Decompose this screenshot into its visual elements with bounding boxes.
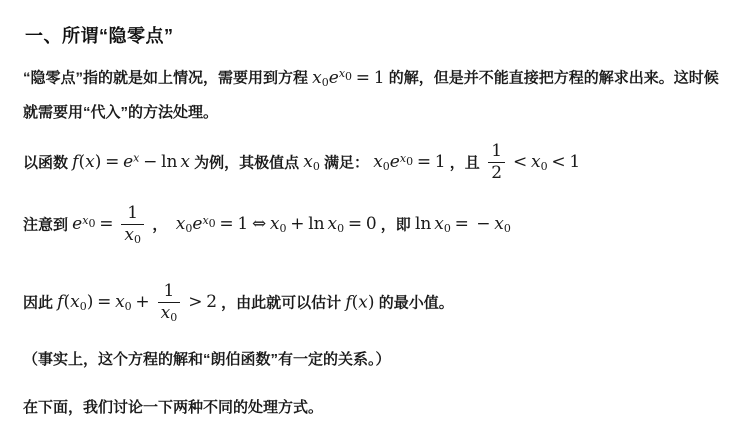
math-token: =	[216, 214, 238, 234]
math-token: x0	[82, 214, 95, 227]
math-token: =	[451, 214, 473, 234]
math-token: x	[303, 152, 313, 172]
math-token: 1	[164, 281, 175, 301]
math-token: 1	[237, 214, 248, 234]
math-token: 0	[322, 75, 329, 88]
math-token: x	[270, 214, 280, 234]
math-token: ⇔	[248, 214, 270, 234]
math-token: 1	[127, 203, 138, 223]
para-intro: “隐零点”指的就是如上情况，需要用到方程 x0ex0=1 的解，但是并不能直接把…	[23, 58, 723, 128]
math-token: x	[115, 292, 125, 312]
math-token: =	[93, 292, 115, 312]
math-token: 0	[345, 70, 352, 83]
math-run: lnx0=−x0	[415, 214, 511, 234]
math-token: 1	[569, 152, 580, 172]
math-token: x	[124, 225, 134, 245]
page-title: 一、所谓“隐零点”	[25, 22, 174, 48]
math-token: x	[358, 292, 368, 312]
math-token: e	[329, 68, 339, 88]
math-token: x	[85, 152, 95, 172]
math-token: x0	[158, 302, 181, 325]
text-run: “隐零点”指的就是如上情况，需要用到方程	[23, 70, 312, 87]
math-token: =	[344, 214, 366, 234]
math-token: ln	[415, 214, 434, 234]
math-run: 12<x0<1	[484, 152, 580, 172]
math-token: 0	[280, 222, 287, 235]
text-run: ，即	[377, 216, 415, 233]
text-run: ，	[148, 216, 176, 233]
math-token: =	[413, 152, 435, 172]
para-example: 以函数 f(x)=ex−lnx 为例，其极值点 x0 满足： x0ex0=1 ，…	[23, 141, 723, 185]
math-token: 1	[374, 68, 385, 88]
math-run: x0ex0=1⇔x0+lnx0=0	[176, 214, 377, 234]
math-token: 1	[491, 141, 502, 161]
math-token: 0	[541, 160, 548, 173]
math-run: f(x0)=x0+1x0>2	[57, 292, 217, 312]
math-token: 2	[206, 292, 217, 312]
math-token: ln	[308, 214, 327, 234]
math-token: =	[101, 152, 123, 172]
math-token: x0	[202, 214, 215, 227]
math-token: )	[368, 292, 375, 312]
text-run: ，且	[446, 154, 484, 171]
text-run: 的最小值。	[375, 294, 454, 311]
math-run: x0	[303, 152, 320, 172]
math-token: x	[373, 152, 383, 172]
fraction: 12	[488, 141, 505, 185]
text-run: ，由此就可以估计	[217, 294, 345, 311]
math-token: 0	[134, 233, 141, 246]
fraction: 1x0	[121, 203, 144, 247]
math-token: −	[139, 152, 161, 172]
math-token: 0	[209, 217, 216, 230]
text-run: 为例，其极值点	[190, 154, 303, 171]
math-token: 1	[124, 203, 141, 224]
math-token: 0	[125, 300, 132, 313]
article-page: 一、所谓“隐零点” “隐零点”指的就是如上情况，需要用到方程 x0ex0=1 的…	[0, 0, 734, 444]
math-token: x	[494, 214, 504, 234]
para-next: 在下面，我们讨论一下两种不同的处理方式。	[23, 392, 723, 423]
math-token: 0	[541, 160, 548, 173]
math-token: 1	[488, 141, 505, 162]
math-token: x	[312, 68, 322, 88]
math-token: −	[473, 214, 495, 234]
math-token: 0	[80, 300, 87, 313]
math-token: 0	[313, 160, 320, 173]
text-run: 在下面，我们讨论一下两种不同的处理方式。	[23, 399, 323, 416]
math-token: x	[161, 303, 171, 323]
math-token: 0	[313, 160, 320, 173]
math-token: 0	[280, 222, 287, 235]
math-token: 0	[134, 233, 141, 246]
math-run: ex0=1x0	[72, 214, 148, 234]
math-run: x0ex0=1	[373, 152, 445, 172]
math-token: +	[132, 292, 154, 312]
para-note: 注意到 ex0=1x0 ， x0ex0=1⇔x0+lnx0=0 ，即 lnx0=…	[23, 203, 723, 247]
math-token: x	[180, 152, 190, 172]
math-token: +	[287, 214, 309, 234]
text-run: 以函数	[23, 154, 72, 171]
fraction: 1x0	[158, 281, 181, 325]
math-run: f(x)	[345, 292, 374, 312]
math-token: =	[352, 68, 374, 88]
math-token: 1	[435, 152, 446, 172]
math-token: 0	[383, 160, 390, 173]
math-token: <	[548, 152, 570, 172]
math-token: 0	[170, 311, 177, 324]
math-token: e	[192, 214, 202, 234]
math-token: x	[328, 214, 338, 234]
text-run: 满足：	[320, 154, 373, 171]
math-token: 0	[504, 222, 511, 235]
math-token: 0	[345, 70, 352, 83]
math-run: f(x)=ex−lnx	[72, 152, 190, 172]
para-remark: （事实上，这个方程的解和“朗伯函数”有一定的关系。）	[23, 344, 723, 375]
math-token: 0	[366, 214, 377, 234]
math-run: x0ex0=1	[312, 68, 384, 88]
text-run: 注意到	[23, 216, 72, 233]
math-token: x	[176, 214, 186, 234]
math-token: >	[184, 292, 206, 312]
math-token: x0	[121, 224, 144, 247]
text-run: （事实上，这个方程的解和“朗伯函数”有一定的关系。）	[23, 351, 391, 368]
math-token: x	[434, 214, 444, 234]
math-token: 1	[161, 281, 178, 302]
math-token: 0	[504, 222, 511, 235]
math-token: 0	[444, 222, 451, 235]
math-token: x0	[339, 67, 352, 80]
math-token: 0	[209, 217, 216, 230]
math-token: 0	[80, 300, 87, 313]
text-run: 因此	[23, 294, 57, 311]
para-conclusion: 因此 f(x0)=x0+1x0>2 ，由此就可以估计 f(x) 的最小值。	[23, 281, 723, 325]
math-token: <	[509, 152, 531, 172]
math-token: e	[72, 214, 82, 234]
math-token: =	[95, 214, 117, 234]
math-token: x0	[400, 152, 413, 165]
math-token: ln	[161, 152, 180, 172]
math-token: 0	[383, 160, 390, 173]
math-token: e	[390, 152, 400, 172]
math-token: x	[531, 152, 541, 172]
math-token: x	[70, 292, 80, 312]
math-token: 2	[491, 163, 502, 183]
math-token: 0	[125, 300, 132, 313]
math-token: 0	[444, 222, 451, 235]
math-token: 2	[488, 162, 505, 184]
math-token: 0	[322, 75, 329, 88]
math-token: e	[123, 152, 133, 172]
math-token: 0	[170, 311, 177, 324]
